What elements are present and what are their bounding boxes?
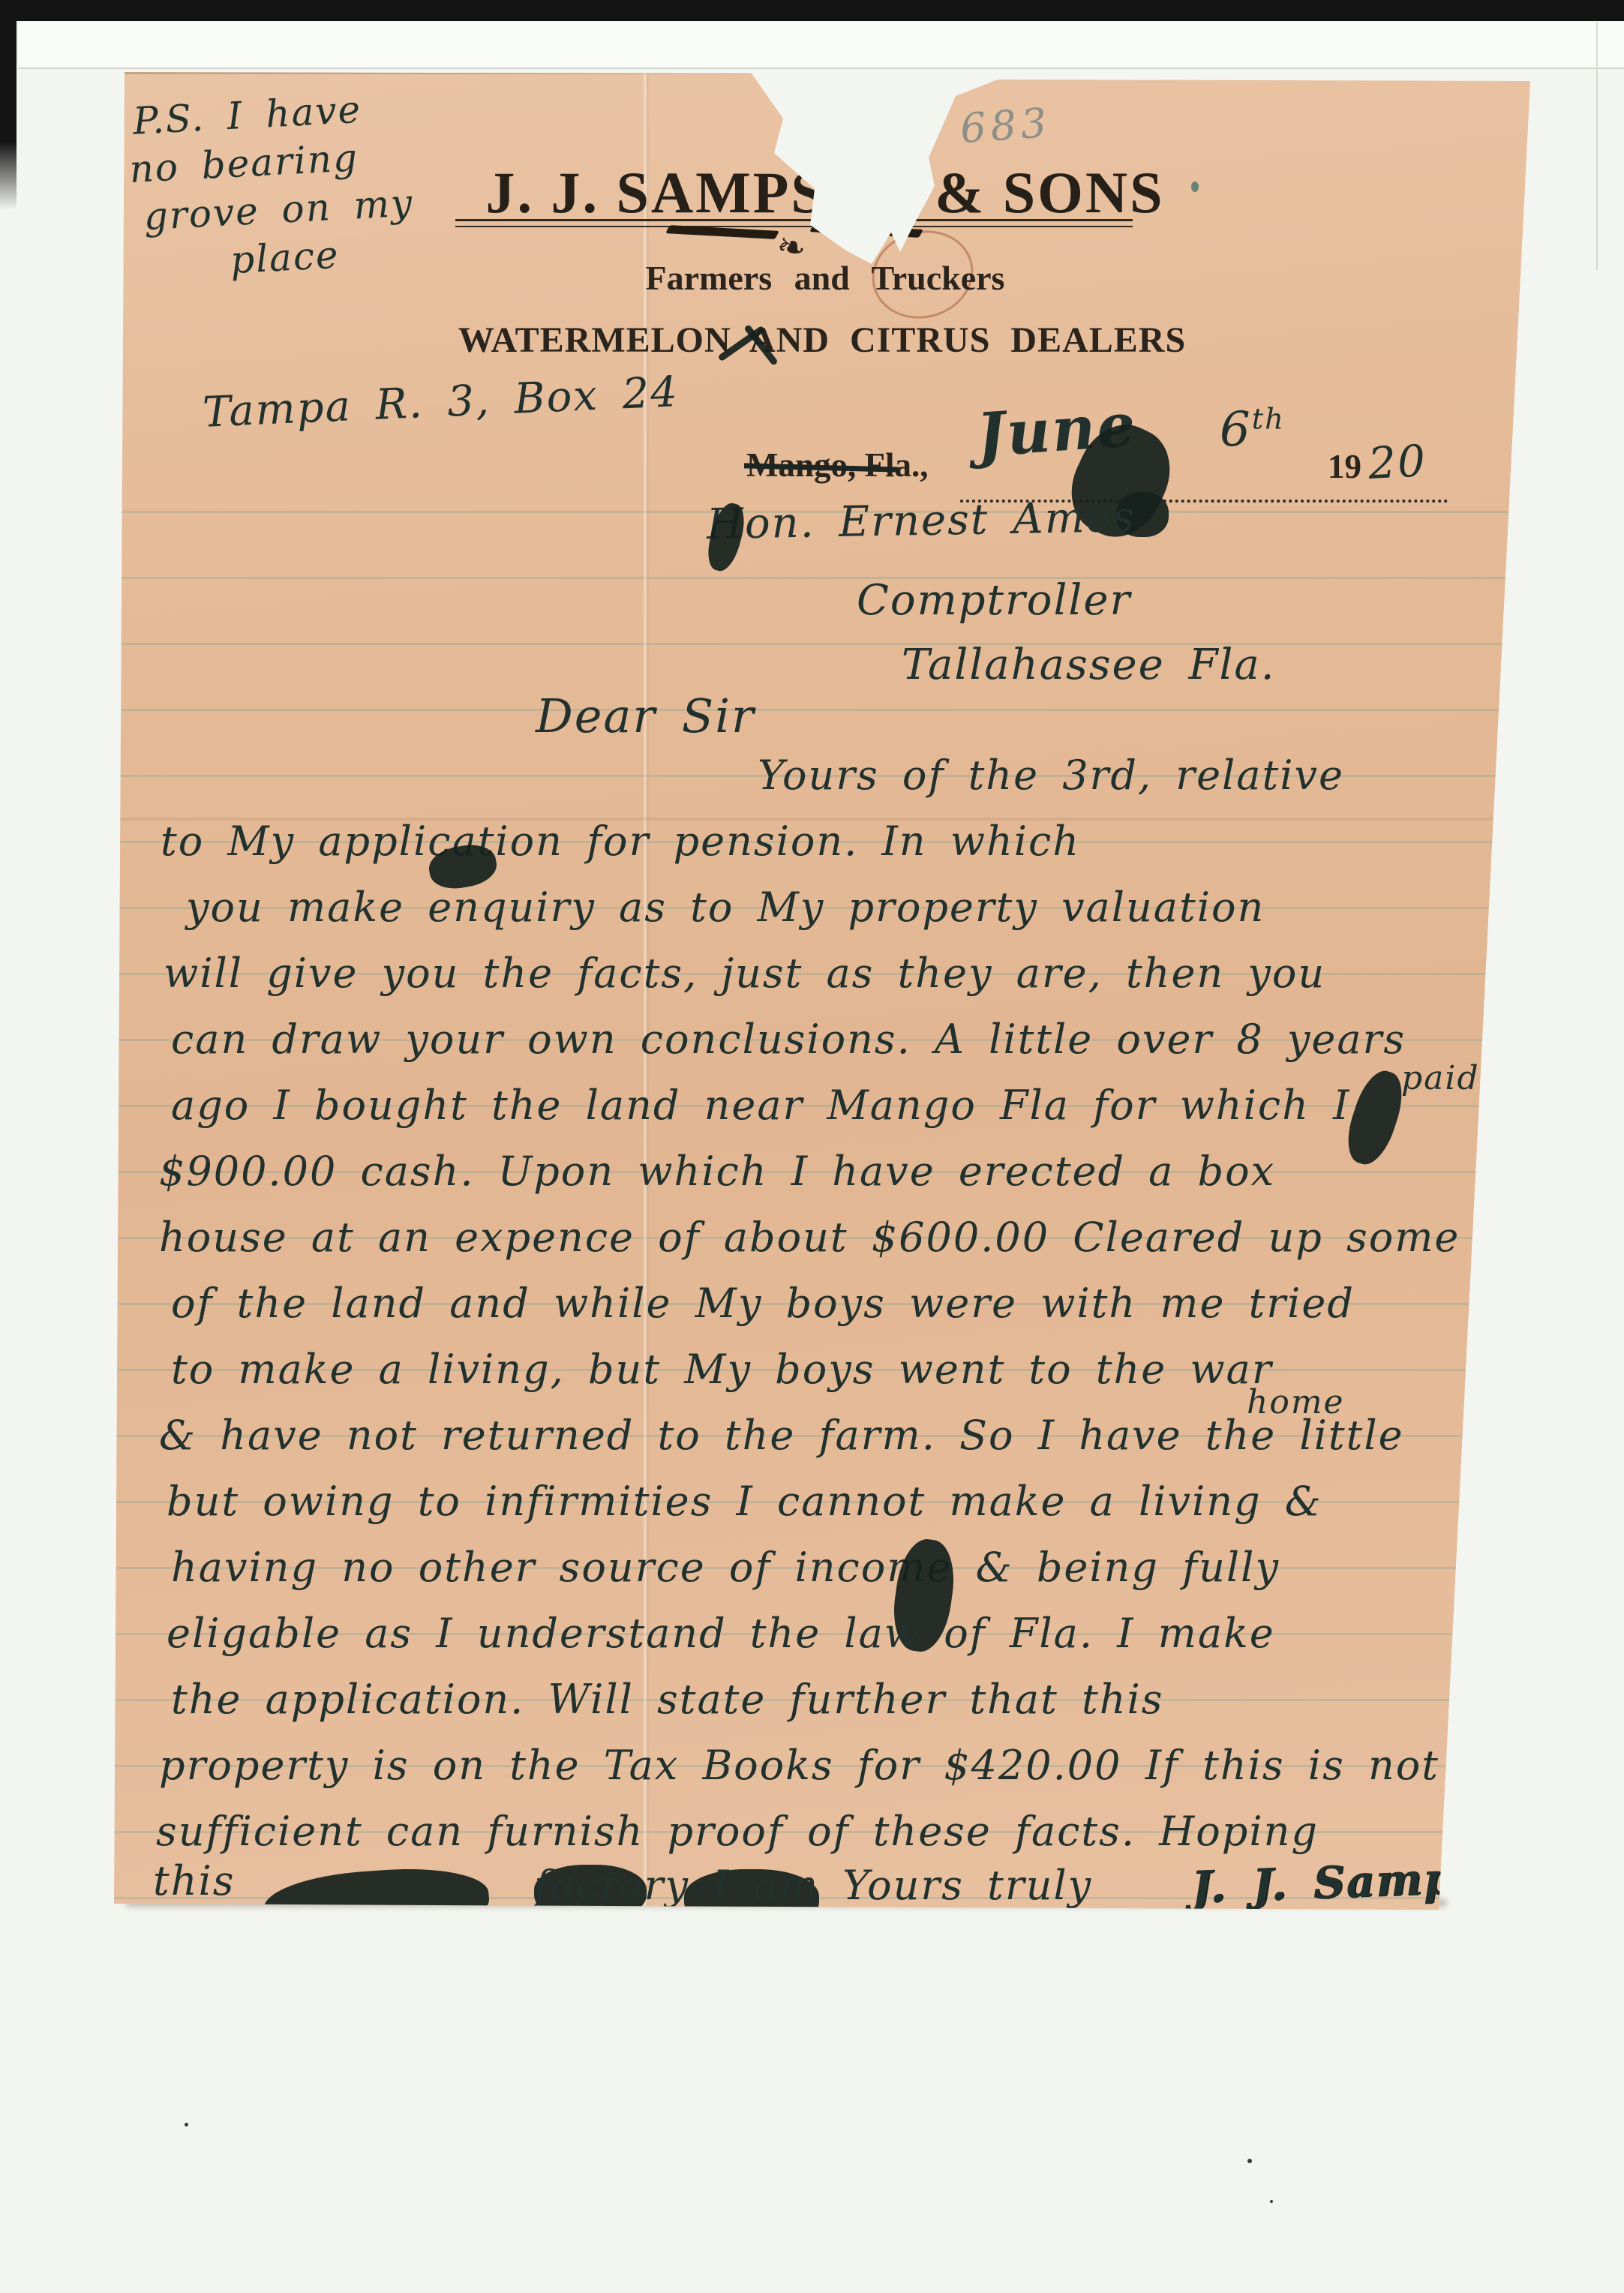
body-line: & have not returned to the farm. So I ha… bbox=[159, 1412, 1404, 1459]
body-line: you make enquiry as to My property valua… bbox=[186, 884, 1265, 931]
body-line: to My application for pension. In which bbox=[161, 818, 1080, 865]
return-address: Tampa R. 3, Box 24 bbox=[202, 368, 680, 437]
letterhead-tagline2: WATERMELON AND CITRUS DEALERS bbox=[458, 320, 1186, 361]
scan-frame-top bbox=[0, 0, 1624, 21]
scanned-letter-page: P.S. I have no bearing grove on my place… bbox=[0, 0, 1624, 2293]
paper-top-edge bbox=[114, 72, 1530, 74]
salutation: Dear Sir bbox=[536, 689, 755, 743]
backing-seam bbox=[1596, 23, 1598, 270]
body-line: can draw your own conclusions. A little … bbox=[171, 1016, 1406, 1063]
body-line: house at an expence of about $600.00 Cle… bbox=[159, 1214, 1460, 1261]
body-line: will give you the facts, just as they ar… bbox=[164, 950, 1325, 997]
body-line: Yours of the 3rd, relative bbox=[758, 752, 1344, 799]
recipient-title: Comptroller bbox=[857, 576, 1131, 625]
recipient-city: Tallahassee Fla. bbox=[902, 641, 1276, 689]
ps-note: P.S. I have no bearing grove on my place bbox=[132, 83, 418, 290]
letterhead-tagline1: Farmers and Truckers bbox=[646, 258, 1005, 298]
inserted-word-home: home bbox=[1247, 1383, 1345, 1421]
backing-sheet-edge bbox=[18, 23, 1624, 69]
dust-speck bbox=[1247, 2159, 1252, 2163]
dust-speck bbox=[1270, 2200, 1273, 2203]
body-line: property is on the Tax Books for $420.00… bbox=[159, 1742, 1439, 1789]
inserted-word-paid: paid bbox=[1401, 1059, 1480, 1097]
day-suffix: th bbox=[1252, 403, 1285, 437]
body-line: to make a living, but My boys went to th… bbox=[171, 1346, 1273, 1393]
dust-speck bbox=[185, 2123, 188, 2126]
ps-note-line: place bbox=[229, 227, 417, 284]
ink-speck bbox=[1191, 182, 1199, 192]
handwritten-year: 20 bbox=[1367, 435, 1427, 489]
body-line: sufficient can furnish proof of these fa… bbox=[156, 1808, 1319, 1855]
rule-ribbon-right bbox=[809, 224, 923, 238]
printed-year-prefix: 19 bbox=[1328, 447, 1361, 486]
recipient-name: Hon. Ernest Amos bbox=[706, 493, 1136, 549]
pencil-file-number: 683 bbox=[959, 99, 1052, 152]
body-line: having no other source of income & being… bbox=[171, 1544, 1280, 1591]
body-line: but owing to infirmities I cannot make a… bbox=[167, 1478, 1322, 1525]
letterhead-company: J. J. SAMPSON & SONS bbox=[485, 159, 1164, 227]
body-line: eligable as I understand the law of Fla.… bbox=[167, 1610, 1275, 1657]
closing-pre: this bbox=[153, 1857, 235, 1904]
body-line: of the land and while My boys were with … bbox=[171, 1280, 1355, 1327]
body-line: $900.00 cash. Upon which I have erected … bbox=[159, 1148, 1275, 1195]
closing-post: factory I am Yours truly bbox=[534, 1862, 1092, 1909]
scan-frame-left bbox=[0, 15, 17, 210]
body-line: the application. Will state further that… bbox=[171, 1676, 1163, 1723]
day-number: 6 bbox=[1220, 402, 1252, 458]
letter-paper: P.S. I have no bearing grove on my place… bbox=[114, 72, 1530, 1910]
handwritten-day: 6th bbox=[1220, 402, 1285, 458]
body-line: ago I bought the land near Mango Fla for… bbox=[171, 1082, 1350, 1129]
